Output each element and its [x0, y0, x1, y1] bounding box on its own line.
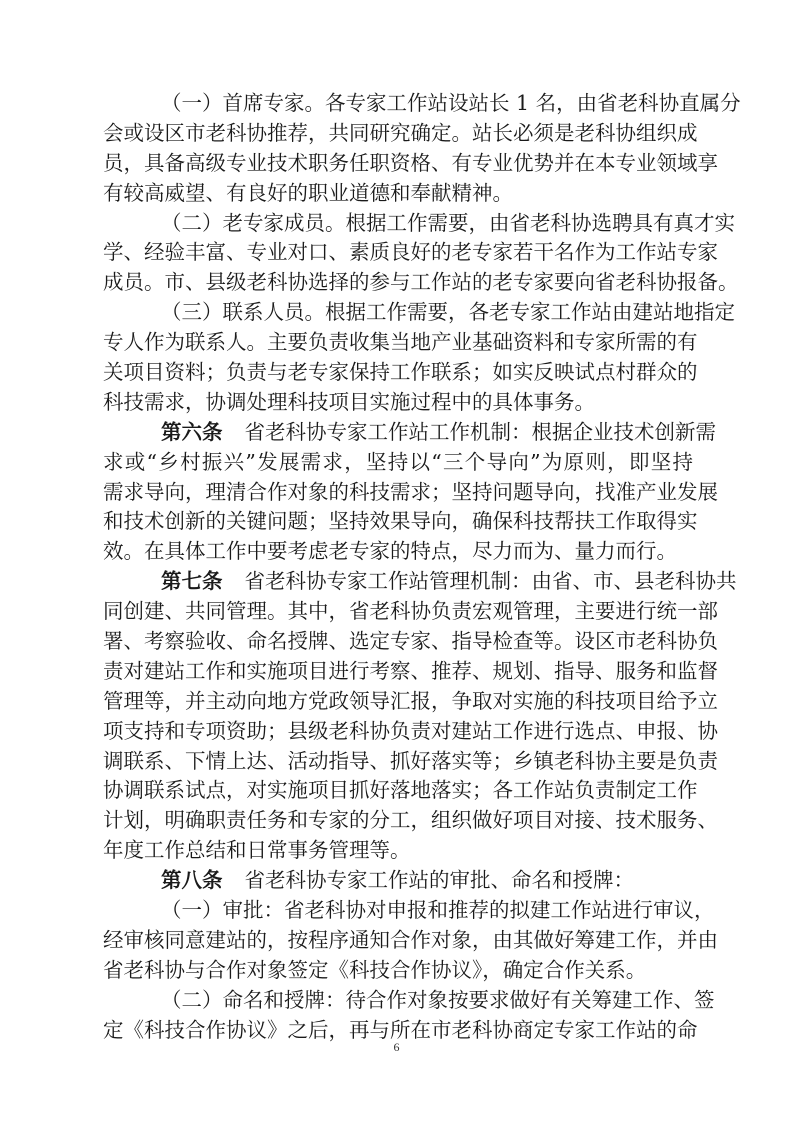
text-line: 省老科协与合作对象签定《科技合作协议》，确定合作关系。 — [103, 956, 693, 986]
page-number: 6 — [0, 1040, 793, 1055]
text-line: 协调联系试点，对实施项目抓好落地落实；各工作站负责制定工作 — [103, 776, 693, 806]
text-line: 需求导向，理清合作对象的科技需求；坚持问题导向，找准产业发展 — [103, 478, 693, 508]
text-line: 成员。市、县级老科协选择的参与工作站的老专家要向省老科协报备。 — [103, 268, 693, 298]
article-7: 第七条省老科协专家工作站管理机制：由省、市、县老科协共 同创建、共同管理。其中，… — [103, 567, 693, 866]
text-line: 第六条省老科协专家工作站工作机制：根据企业技术创新需 — [103, 418, 693, 448]
text-line: 年度工作总结和日常事务管理等。 — [103, 836, 693, 866]
text-line: （一）首席专家。各专家工作站设站长 1 名，由省老科协直属分 — [103, 89, 693, 119]
body-text: （一）首席专家。各专家工作站设站长 1 名，由省老科协直属分 会或设区市老科协推… — [103, 89, 693, 1046]
text-line: 关项目资料；负责与老专家保持工作联系；如实反映试点村群众的 — [103, 358, 693, 388]
text-line: 项支持和专项资助；县级老科协负责对建站工作进行选点、申报、协 — [103, 717, 693, 747]
text-line: 员，具备高级专业技术职务任职资格、有专业优势并在本专业领域享 — [103, 149, 693, 179]
text-line: （二）老专家成员。根据工作需要，由省老科协选聘具有真才实 — [103, 209, 693, 239]
text-line: （一）审批：省老科协对申报和推荐的拟建工作站进行审议， — [103, 896, 693, 926]
article-text: 省老科协专家工作站的审批、命名和授牌： — [245, 868, 635, 892]
text-line: 科技需求，协调处理科技项目实施过程中的具体事务。 — [103, 388, 693, 418]
text-line: （三）联系人员。根据工作需要，各老专家工作站由建站地指定 — [103, 298, 693, 328]
article-heading: 第八条 — [161, 868, 223, 892]
text-line: 管理等，并主动向地方党政领导汇报，争取对实施的科技项目给予立 — [103, 687, 693, 717]
text-line: 有较高威望、有良好的职业道德和奉献精神。 — [103, 179, 693, 209]
text-line: 求或“乡村振兴”发展需求，坚持以“三个导向”为原则，即坚持 — [103, 448, 693, 478]
text-line: 计划，明确职责任务和专家的分工，组织做好项目对接、技术服务、 — [103, 806, 693, 836]
text-line: 第七条省老科协专家工作站管理机制：由省、市、县老科协共 — [103, 567, 693, 597]
article-heading: 第七条 — [161, 569, 223, 593]
paragraph-approval: （一）审批：省老科协对申报和推荐的拟建工作站进行审议， 经审核同意建站的，按程序… — [103, 896, 693, 986]
text-line: 专人作为联系人。主要负责收集当地产业基础资料和专家所需的有 — [103, 328, 693, 358]
text-line: 调联系、下情上达、活动指导、抓好落实等；乡镇老科协主要是负责 — [103, 747, 693, 777]
text-line: 效。在具体工作中要考虑老专家的特点，尽力而为、量力而行。 — [103, 537, 693, 567]
article-text: 省老科协专家工作站工作机制：根据企业技术创新需 — [245, 420, 717, 444]
paragraph-naming: （二）命名和授牌：待合作对象按要求做好有关筹建工作、签 定《科技合作协议》之后，… — [103, 986, 693, 1046]
article-6: 第六条省老科协专家工作站工作机制：根据企业技术创新需 求或“乡村振兴”发展需求，… — [103, 418, 693, 567]
paragraph-expert-members: （二）老专家成员。根据工作需要，由省老科协选聘具有真才实 学、经验丰富、专业对口… — [103, 209, 693, 299]
text-line: 和技术创新的关键问题；坚持效果导向，确保科技帮扶工作取得实 — [103, 507, 693, 537]
article-heading: 第六条 — [161, 420, 223, 444]
text-line: （二）命名和授牌：待合作对象按要求做好有关筹建工作、签 — [103, 986, 693, 1016]
document-page: （一）首席专家。各专家工作站设站长 1 名，由省老科协直属分 会或设区市老科协推… — [0, 0, 793, 1122]
paragraph-liaison: （三）联系人员。根据工作需要，各老专家工作站由建站地指定 专人作为联系人。主要负… — [103, 298, 693, 418]
text-line: 经审核同意建站的，按程序通知合作对象，由其做好筹建工作，并由 — [103, 926, 693, 956]
text-line: 第八条省老科协专家工作站的审批、命名和授牌： — [103, 866, 693, 896]
text-line: 学、经验丰富、专业对口、素质良好的老专家若干名作为工作站专家 — [103, 238, 693, 268]
paragraph-chief-expert: （一）首席专家。各专家工作站设站长 1 名，由省老科协直属分 会或设区市老科协推… — [103, 89, 693, 209]
text-line: 责对建站工作和实施项目进行考察、推荐、规划、指导、服务和监督 — [103, 657, 693, 687]
article-text: 省老科协专家工作站管理机制：由省、市、县老科协共 — [245, 569, 737, 593]
article-8: 第八条省老科协专家工作站的审批、命名和授牌： — [103, 866, 693, 896]
text-line: 会或设区市老科协推荐，共同研究确定。站长必须是老科协组织成 — [103, 119, 693, 149]
text-line: 同创建、共同管理。其中，省老科协负责宏观管理，主要进行统一部 — [103, 597, 693, 627]
text-line: 署、考察验收、命名授牌、选定专家、指导检查等。设区市老科协负 — [103, 627, 693, 657]
